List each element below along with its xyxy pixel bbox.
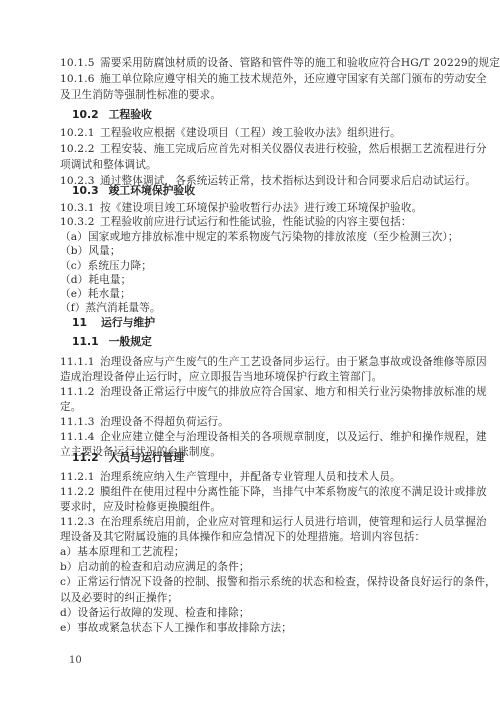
clause-10-1-6: 10.1.6施工单位除应遵守相关的施工技术规范外，还应遵守国家有关部门颁布的劳动… (60, 73, 438, 86)
section-heading-11-2: 11.2人员与运行管理 (72, 451, 184, 464)
clause-text: 施工单位除应遵守相关的施工技术规范外，还应遵守国家有关部门颁布的劳动安全 (100, 73, 487, 85)
clause-11-2-3: 11.2.3在治理系统启用前，企业应对管理和运行人员进行培训，使管理和运行人员掌… (60, 516, 438, 529)
clause-text: 企业应建立健全与治理设备相关的各项规章制度，以及运行、维护和操作规程，建 (100, 431, 487, 443)
section-title: 工程验收 (109, 108, 152, 121)
clause-text: 治理设备不得超负荷运行。 (100, 416, 229, 428)
clause-continuation: 要求时，应及时检修更换膜组件。 (60, 501, 438, 514)
clause-number: 11.1.3 (60, 416, 100, 429)
section-number: 10.2 (72, 108, 99, 121)
chapter-number: 11 (72, 316, 87, 329)
list-item-a: a）基本原理和工艺流程； (60, 546, 438, 559)
clause-10-2-2: 10.2.2工程安装、施工完成后应首先对相关仪器仪表进行校验，然后根据工艺流程进… (60, 143, 438, 156)
clause-number: 11.2.3 (60, 516, 100, 529)
list-item-e: （e）耗水量； (60, 288, 438, 301)
clause-11-1-3: 11.1.3治理设备不得超负荷运行。 (60, 416, 438, 429)
clause-11-2-2: 11.2.2膜组件在使用过程中分离性能下降，当排气中苯系物废气的浓度不满足设计或… (60, 486, 438, 499)
section-heading-10-2: 10.2工程验收 (72, 108, 152, 121)
clause-10-3-2: 10.3.2工程验收前应进行试运行和性能试验，性能试验的内容主要包括： (60, 216, 438, 229)
clause-number: 10.3.2 (60, 216, 100, 229)
list-item-f: （f）蒸汽消耗量等。 (60, 302, 438, 315)
clause-number: 10.3.1 (60, 202, 100, 215)
clause-text: 工程安装、施工完成后应首先对相关仪器仪表进行校验，然后根据工艺流程进行分 (100, 143, 487, 155)
clause-text: 膜组件在使用过程中分离性能下降，当排气中苯系物废气的浓度不满足设计或排放 (100, 486, 487, 498)
clause-number: 11.1.2 (60, 386, 100, 399)
clause-text: 治理设备应与产生废气的生产工艺设备同步运行。由于紧急事故或设备维修等原因 (100, 356, 487, 368)
section-title: 人员与运行管理 (109, 451, 185, 464)
clause-number: 10.2.2 (60, 143, 100, 156)
clause-text: 治理系统应纳入生产管理中，并配备专业管理人员和技术人员。 (100, 471, 401, 483)
page-number: 10 (69, 655, 82, 666)
list-item-e: e）事故或紧急状态下人工操作和事故排除方法； (60, 622, 438, 635)
clause-continuation: 及卫生消防等强制性标准的要求。 (60, 89, 438, 102)
clause-number: 11.2.2 (60, 486, 100, 499)
list-item-c: c）正常运行情况下设备的控制、报警和指示系统的状态和检查，保持设备良好运行的条件… (60, 576, 438, 589)
clause-continuation: 定。 (60, 401, 438, 414)
document-page: 10.1.5需要采用防腐蚀材质的设备、管路和管件等的施工和验收应符合HG/T 2… (0, 0, 500, 707)
clause-11-1-1: 11.1.1治理设备应与产生废气的生产工艺设备同步运行。由于紧急事故或设备维修等… (60, 356, 438, 369)
clause-number: 11.1.1 (60, 356, 100, 369)
list-item-d: d）设备运行故障的发现、检查和排除； (60, 607, 438, 620)
clause-text: 需要采用防腐蚀材质的设备、管路和管件等的施工和验收应符合HG/T 20229的规… (100, 57, 500, 69)
section-title: 一般规定 (109, 335, 152, 348)
clause-10-2-1: 10.2.1工程验收应根据《建设项目（工程）竣工验收办法》组织进行。 (60, 127, 438, 140)
clause-10-1-5: 10.1.5需要采用防腐蚀材质的设备、管路和管件等的施工和验收应符合HG/T 2… (60, 57, 438, 70)
clause-11-1-2: 11.1.2治理设备正常运行中废气的排放应符合国家、地方和相关行业污染物排放标准… (60, 386, 438, 399)
section-heading-10-3: 10.3竣工环境保护验收 (72, 184, 195, 197)
clause-text: 在治理系统启用前，企业应对管理和运行人员进行培训，使管理和运行人员掌握治 (100, 516, 487, 528)
clause-continuation: 造成治理设备停止运行时，应立即报告当地环境保护行政主管部门。 (60, 371, 438, 384)
clause-10-3-1: 10.3.1按《建设项目竣工环境保护验收暂行办法》进行竣工环境保护验收。 (60, 202, 438, 215)
section-number: 11.1 (72, 335, 99, 348)
section-number: 10.3 (72, 184, 99, 197)
clause-number: 10.1.5 (60, 57, 100, 70)
clause-11-2-1: 11.2.1治理系统应纳入生产管理中，并配备专业管理人员和技术人员。 (60, 471, 438, 484)
list-item-c: （c）系统压力降； (60, 260, 438, 273)
clause-continuation: 理设备及其它附属设施的具体操作和应急情况下的处理措施。培训内容包括： (60, 531, 438, 544)
chapter-heading-11: 11运行与维护 (72, 316, 155, 329)
list-item-d: （d）耗电量； (60, 274, 438, 287)
clause-11-1-4: 11.1.4企业应建立健全与治理设备相关的各项规章制度，以及运行、维护和操作规程… (60, 431, 438, 444)
clause-continuation: 以及必要时的纠正操作； (60, 592, 438, 605)
list-item-a: （a）国家或地方排放标准中规定的苯系物废气污染物的排放浓度（至少检测三次）； (60, 231, 438, 244)
clause-number: 10.2.1 (60, 127, 100, 140)
clause-continuation: 项调试和整体调试。 (60, 159, 438, 172)
clause-number: 10.1.6 (60, 73, 100, 86)
section-title: 竣工环境保护验收 (109, 184, 195, 197)
clause-text: 工程验收前应进行试运行和性能试验，性能试验的内容主要包括： (100, 216, 412, 228)
clause-text: 治理设备正常运行中废气的排放应符合国家、地方和相关行业污染物排放标准的规 (100, 386, 487, 398)
chapter-title: 运行与维护 (101, 316, 155, 329)
clause-number: 11.2.1 (60, 471, 100, 484)
section-number: 11.2 (72, 451, 99, 464)
clause-text: 按《建设项目竣工环境保护验收暂行办法》进行竣工环境保护验收。 (100, 202, 422, 214)
list-item-b: b）启动前的检查和启动应满足的条件； (60, 561, 438, 574)
clause-number: 11.1.4 (60, 431, 100, 444)
clause-text: 工程验收应根据《建设项目（工程）竣工验收办法》组织进行。 (100, 127, 401, 139)
list-item-b: （b）风量； (60, 245, 438, 258)
section-heading-11-1: 11.1一般规定 (72, 335, 152, 348)
